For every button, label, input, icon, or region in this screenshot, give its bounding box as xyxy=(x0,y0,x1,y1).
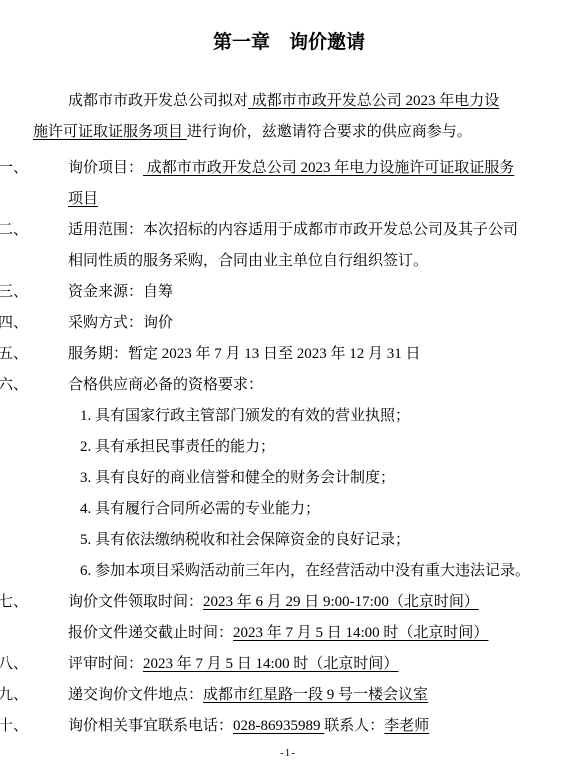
intro-paragraph: 成都市市政开发总公司拟对 成都市市政开发总公司 2023 年电力设 施许可证取证… xyxy=(33,86,545,148)
requirement-1-text: 1. 具有国家行政主管部门颁发的有效的营业执照； xyxy=(80,408,410,424)
list-item-inquiry-project: 一、询价项目： 成都市市政开发总公司 2023 年电力设施许可证取证服务 项目 xyxy=(33,153,545,215)
submission-deadline-label: 报价文件递交截止时间： xyxy=(68,625,233,641)
list-item-qualifications: 六、合格供应商必备的资格要求： xyxy=(33,370,545,401)
procurement-method-text: 采购方式：询价 xyxy=(68,315,173,331)
item-number-4: 四、 xyxy=(0,308,28,339)
intro-line-1: 成都市市政开发总公司拟对 成都市市政开发总公司 2023 年电力设 xyxy=(33,86,545,117)
requirement-1: 1. 具有国家行政主管部门颁发的有效的营业执照； xyxy=(33,401,545,432)
list-item-submission-location: 九、递交询价文件地点：成都市红星路一段 9 号一楼会议室 xyxy=(33,680,545,711)
intro-text-pre: 成都市市政开发总公司拟对 xyxy=(68,93,248,109)
contact-person-value: 李老师 xyxy=(384,718,429,734)
collection-time-label: 询价文件领取时间： xyxy=(68,594,203,610)
funding-source-text: 资金来源：自筹 xyxy=(68,284,173,300)
project-name-underline-2: 施许可证取证服务项目 xyxy=(33,124,187,140)
requirement-6: 6. 参加本项目采购活动前三年内，在经营活动中没有重大违法记录。 xyxy=(33,556,545,587)
item-number-6: 六、 xyxy=(0,370,28,401)
page-number-footer: -1- xyxy=(0,746,576,760)
requirement-5: 5. 具有依法缴纳税收和社会保障资金的良好记录； xyxy=(33,525,545,556)
requirement-5-text: 5. 具有依法缴纳税收和社会保障资金的良好记录； xyxy=(80,532,410,548)
list-item-contact: 十、询价相关事宜联系电话：028-86935989 联系人：李老师 xyxy=(33,711,545,742)
item-label-inquiry-project: 询价项目： xyxy=(68,160,143,176)
project-name-value-line1: 成都市市政开发总公司 2023 年电力设施许可证取证服务 xyxy=(143,160,514,176)
document-page: 第一章 询价邀请 成都市市政开发总公司拟对 成都市市政开发总公司 2023 年电… xyxy=(0,0,576,784)
requirement-2: 2. 具有承担民事责任的能力； xyxy=(33,432,545,463)
item-number-7: 七、 xyxy=(0,587,28,618)
item-number-9: 九、 xyxy=(0,680,28,711)
project-name-underline-1: 成都市市政开发总公司 2023 年电力设 xyxy=(248,93,499,109)
contact-person-label: 联系人： xyxy=(324,718,384,734)
intro-line-2: 施许可证取证服务项目 进行询价，兹邀请符合要求的供应商参与。 xyxy=(33,117,545,148)
contact-phone-value: 028-86935989 xyxy=(233,718,324,734)
submission-deadline-value: 2023 年 7 月 5 日 14:00 时（北京时间） xyxy=(233,625,488,641)
list-item-service-period: 五、服务期：暂定 2023 年 7 月 13 日至 2023 年 12 月 31… xyxy=(33,339,545,370)
review-time-value: 2023 年 7 月 5 日 14:00 时（北京时间） xyxy=(143,656,398,672)
submission-location-value: 成都市红星路一段 9 号一楼会议室 xyxy=(203,687,428,703)
list-item-procurement-method: 四、采购方式：询价 xyxy=(33,308,545,339)
requirement-6-text: 6. 参加本项目采购活动前三年内，在经营活动中没有重大违法记录。 xyxy=(80,563,530,579)
scope-text-line1: 适用范围：本次招标的内容适用于成都市市政开发总公司及其子公司 xyxy=(68,222,518,238)
item-number-5: 五、 xyxy=(0,339,28,370)
requirement-3-text: 3. 具有良好的商业信誉和健全的财务会计制度； xyxy=(80,470,395,486)
list-item-funding-source: 三、资金来源：自筹 xyxy=(33,277,545,308)
project-name-value-line2: 项目 xyxy=(68,191,98,207)
item-number-10: 十、 xyxy=(0,711,28,742)
item-number-2: 二、 xyxy=(0,215,28,246)
list-item-scope: 二、适用范围：本次招标的内容适用于成都市市政开发总公司及其子公司 相同性质的服务… xyxy=(33,215,545,277)
qualifications-heading: 合格供应商必备的资格要求： xyxy=(68,377,263,393)
submission-location-label: 递交询价文件地点： xyxy=(68,687,203,703)
item-number-8: 八、 xyxy=(0,649,28,680)
service-period-text: 服务期：暂定 2023 年 7 月 13 日至 2023 年 12 月 31 日 xyxy=(68,346,421,362)
item-number-3: 三、 xyxy=(0,277,28,308)
list-item-document-times: 七、询价文件领取时间：2023 年 6 月 29 日 9:00-17:00（北京… xyxy=(33,587,545,649)
scope-text-line2: 相同性质的服务采购，合同由业主单位自行组织签订。 xyxy=(68,253,428,269)
requirement-2-text: 2. 具有承担民事责任的能力； xyxy=(80,439,275,455)
intro-text-post: 进行询价，兹邀请符合要求的供应商参与。 xyxy=(187,124,472,140)
requirement-4: 4. 具有履行合同所必需的专业能力； xyxy=(33,494,545,525)
list-item-review-time: 八、评审时间：2023 年 7 月 5 日 14:00 时（北京时间） xyxy=(33,649,545,680)
review-time-label: 评审时间： xyxy=(68,656,143,672)
chapter-title: 第一章 询价邀请 xyxy=(33,30,545,56)
collection-time-value: 2023 年 6 月 29 日 9:00-17:00（北京时间） xyxy=(203,594,479,610)
requirement-4-text: 4. 具有履行合同所必需的专业能力； xyxy=(80,501,320,517)
requirement-3: 3. 具有良好的商业信誉和健全的财务会计制度； xyxy=(33,463,545,494)
contact-phone-label: 询价相关事宜联系电话： xyxy=(68,718,233,734)
item-number-1: 一、 xyxy=(0,153,28,184)
